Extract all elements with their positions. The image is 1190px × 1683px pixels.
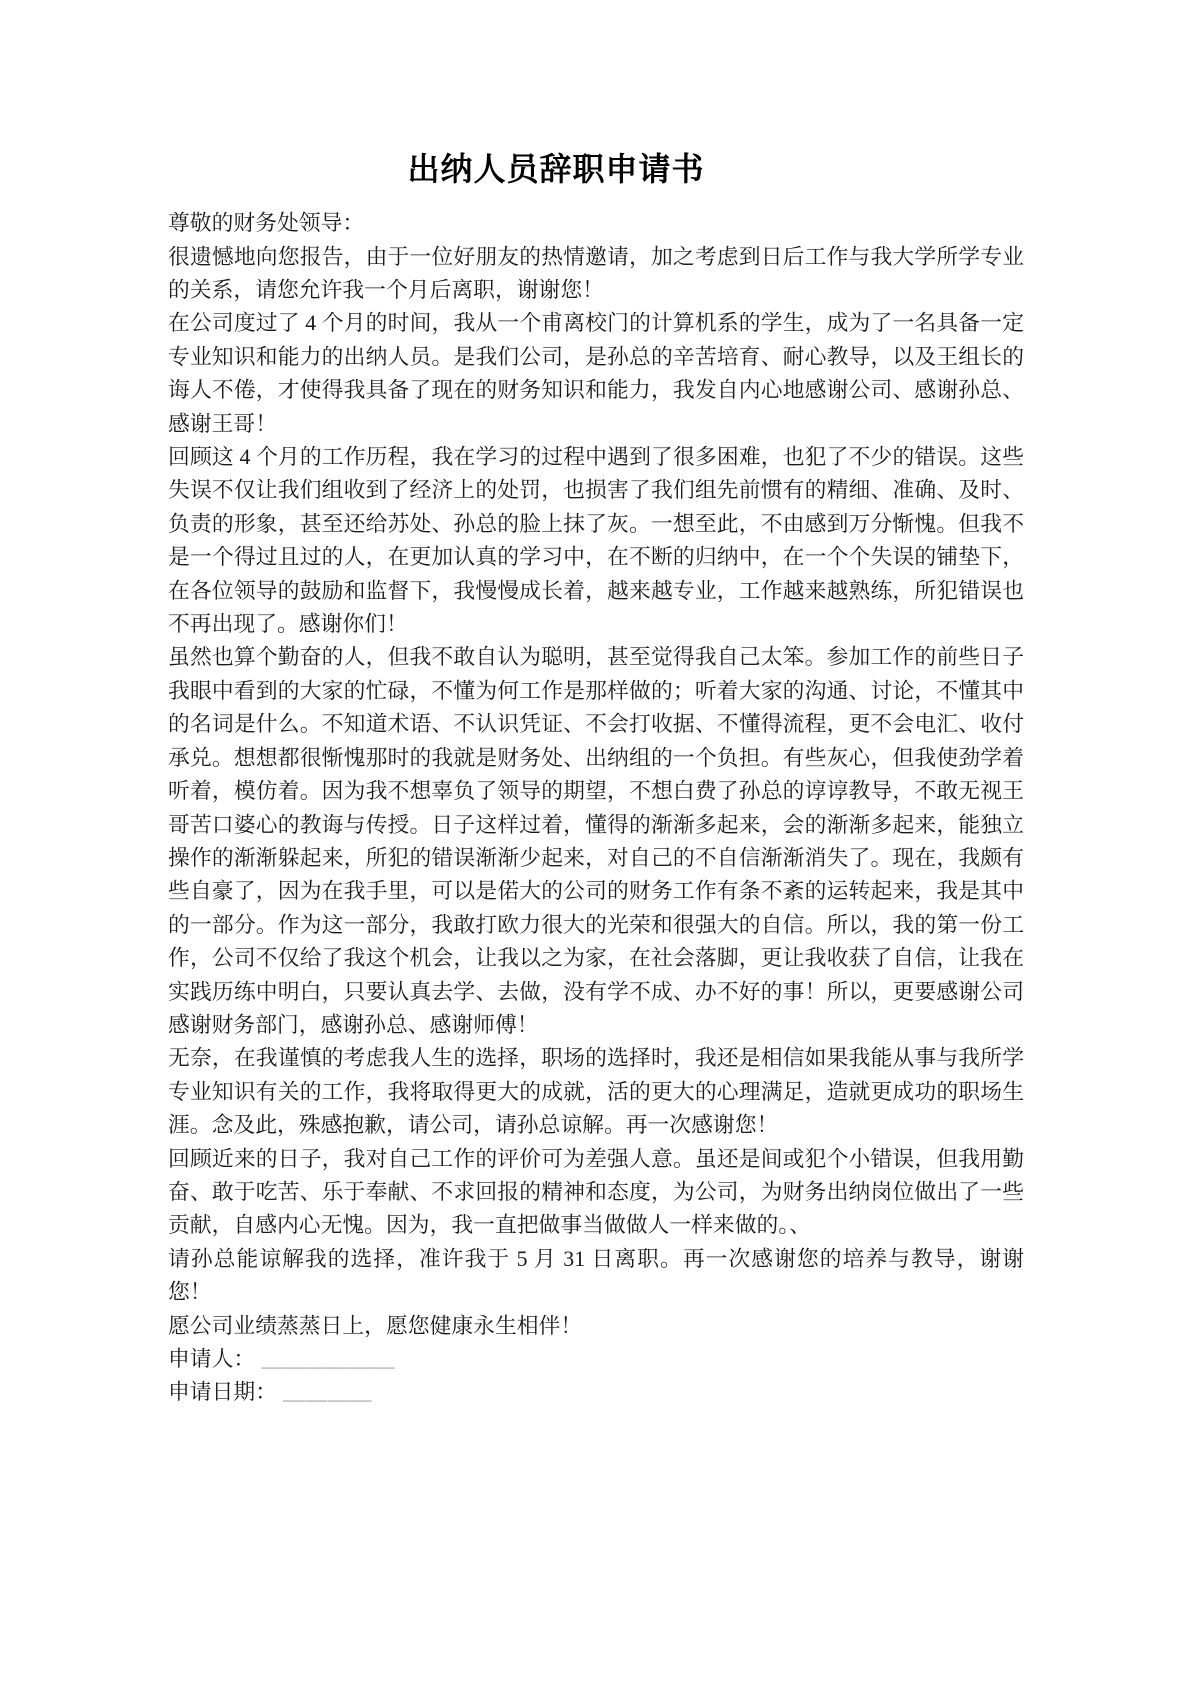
- document-title: 出纳人员辞职申请书: [168, 148, 1024, 191]
- paragraph-review: 回顾这 4 个月的工作历程，我在学习的过程中遇到了很多困难，也犯了不少的错误。这…: [168, 441, 1024, 641]
- application-date-row: 申请日期：＿＿＿＿: [168, 1376, 1024, 1409]
- paragraph-learning: 虽然也算个勤奋的人，但我不敢自认为聪明，甚至觉得我自己太笨。参加工作的前些日子我…: [168, 641, 1024, 1042]
- paragraph-self-review: 回顾近来的日子，我对自己工作的评价可为差强人意。虽还是间或犯个小错误，但我用勤奋…: [168, 1143, 1024, 1243]
- paragraph-regret: 无奈，在我谨慎的考虑我人生的选择，职场的选择时，我还是相信如果我能从事与我所学专…: [168, 1042, 1024, 1142]
- application-date-blank-line: ＿＿＿＿: [277, 1380, 372, 1404]
- paragraph-opening: 很遗憾地向您报告，由于一位好朋友的热情邀请，加之考虑到日后工作与我大学所学专业的…: [168, 241, 1024, 308]
- document-page: 出纳人员辞职申请书 尊敬的财务处领导： 很遗憾地向您报告，由于一位好朋友的热情邀…: [0, 0, 1190, 1683]
- applicant-blank-line: ＿＿＿＿＿＿: [255, 1347, 395, 1371]
- paragraph-growth: 在公司度过了 4 个月的时间，我从一个甫离校门的计算机系的学生，成为了一名具备一…: [168, 307, 1024, 441]
- applicant-row: 申请人：＿＿＿＿＿＿: [168, 1343, 1024, 1376]
- salutation-line: 尊敬的财务处领导：: [168, 207, 1024, 240]
- paragraph-wish: 愿公司业绩蒸蒸日上，愿您健康永生相伴！: [168, 1310, 1024, 1343]
- applicant-label: 申请人：: [168, 1347, 255, 1371]
- application-date-label: 申请日期：: [168, 1380, 277, 1404]
- paragraph-request: 请孙总能谅解我的选择，准许我于 5 月 31 日离职。再一次感谢您的培养与教导，…: [168, 1243, 1024, 1310]
